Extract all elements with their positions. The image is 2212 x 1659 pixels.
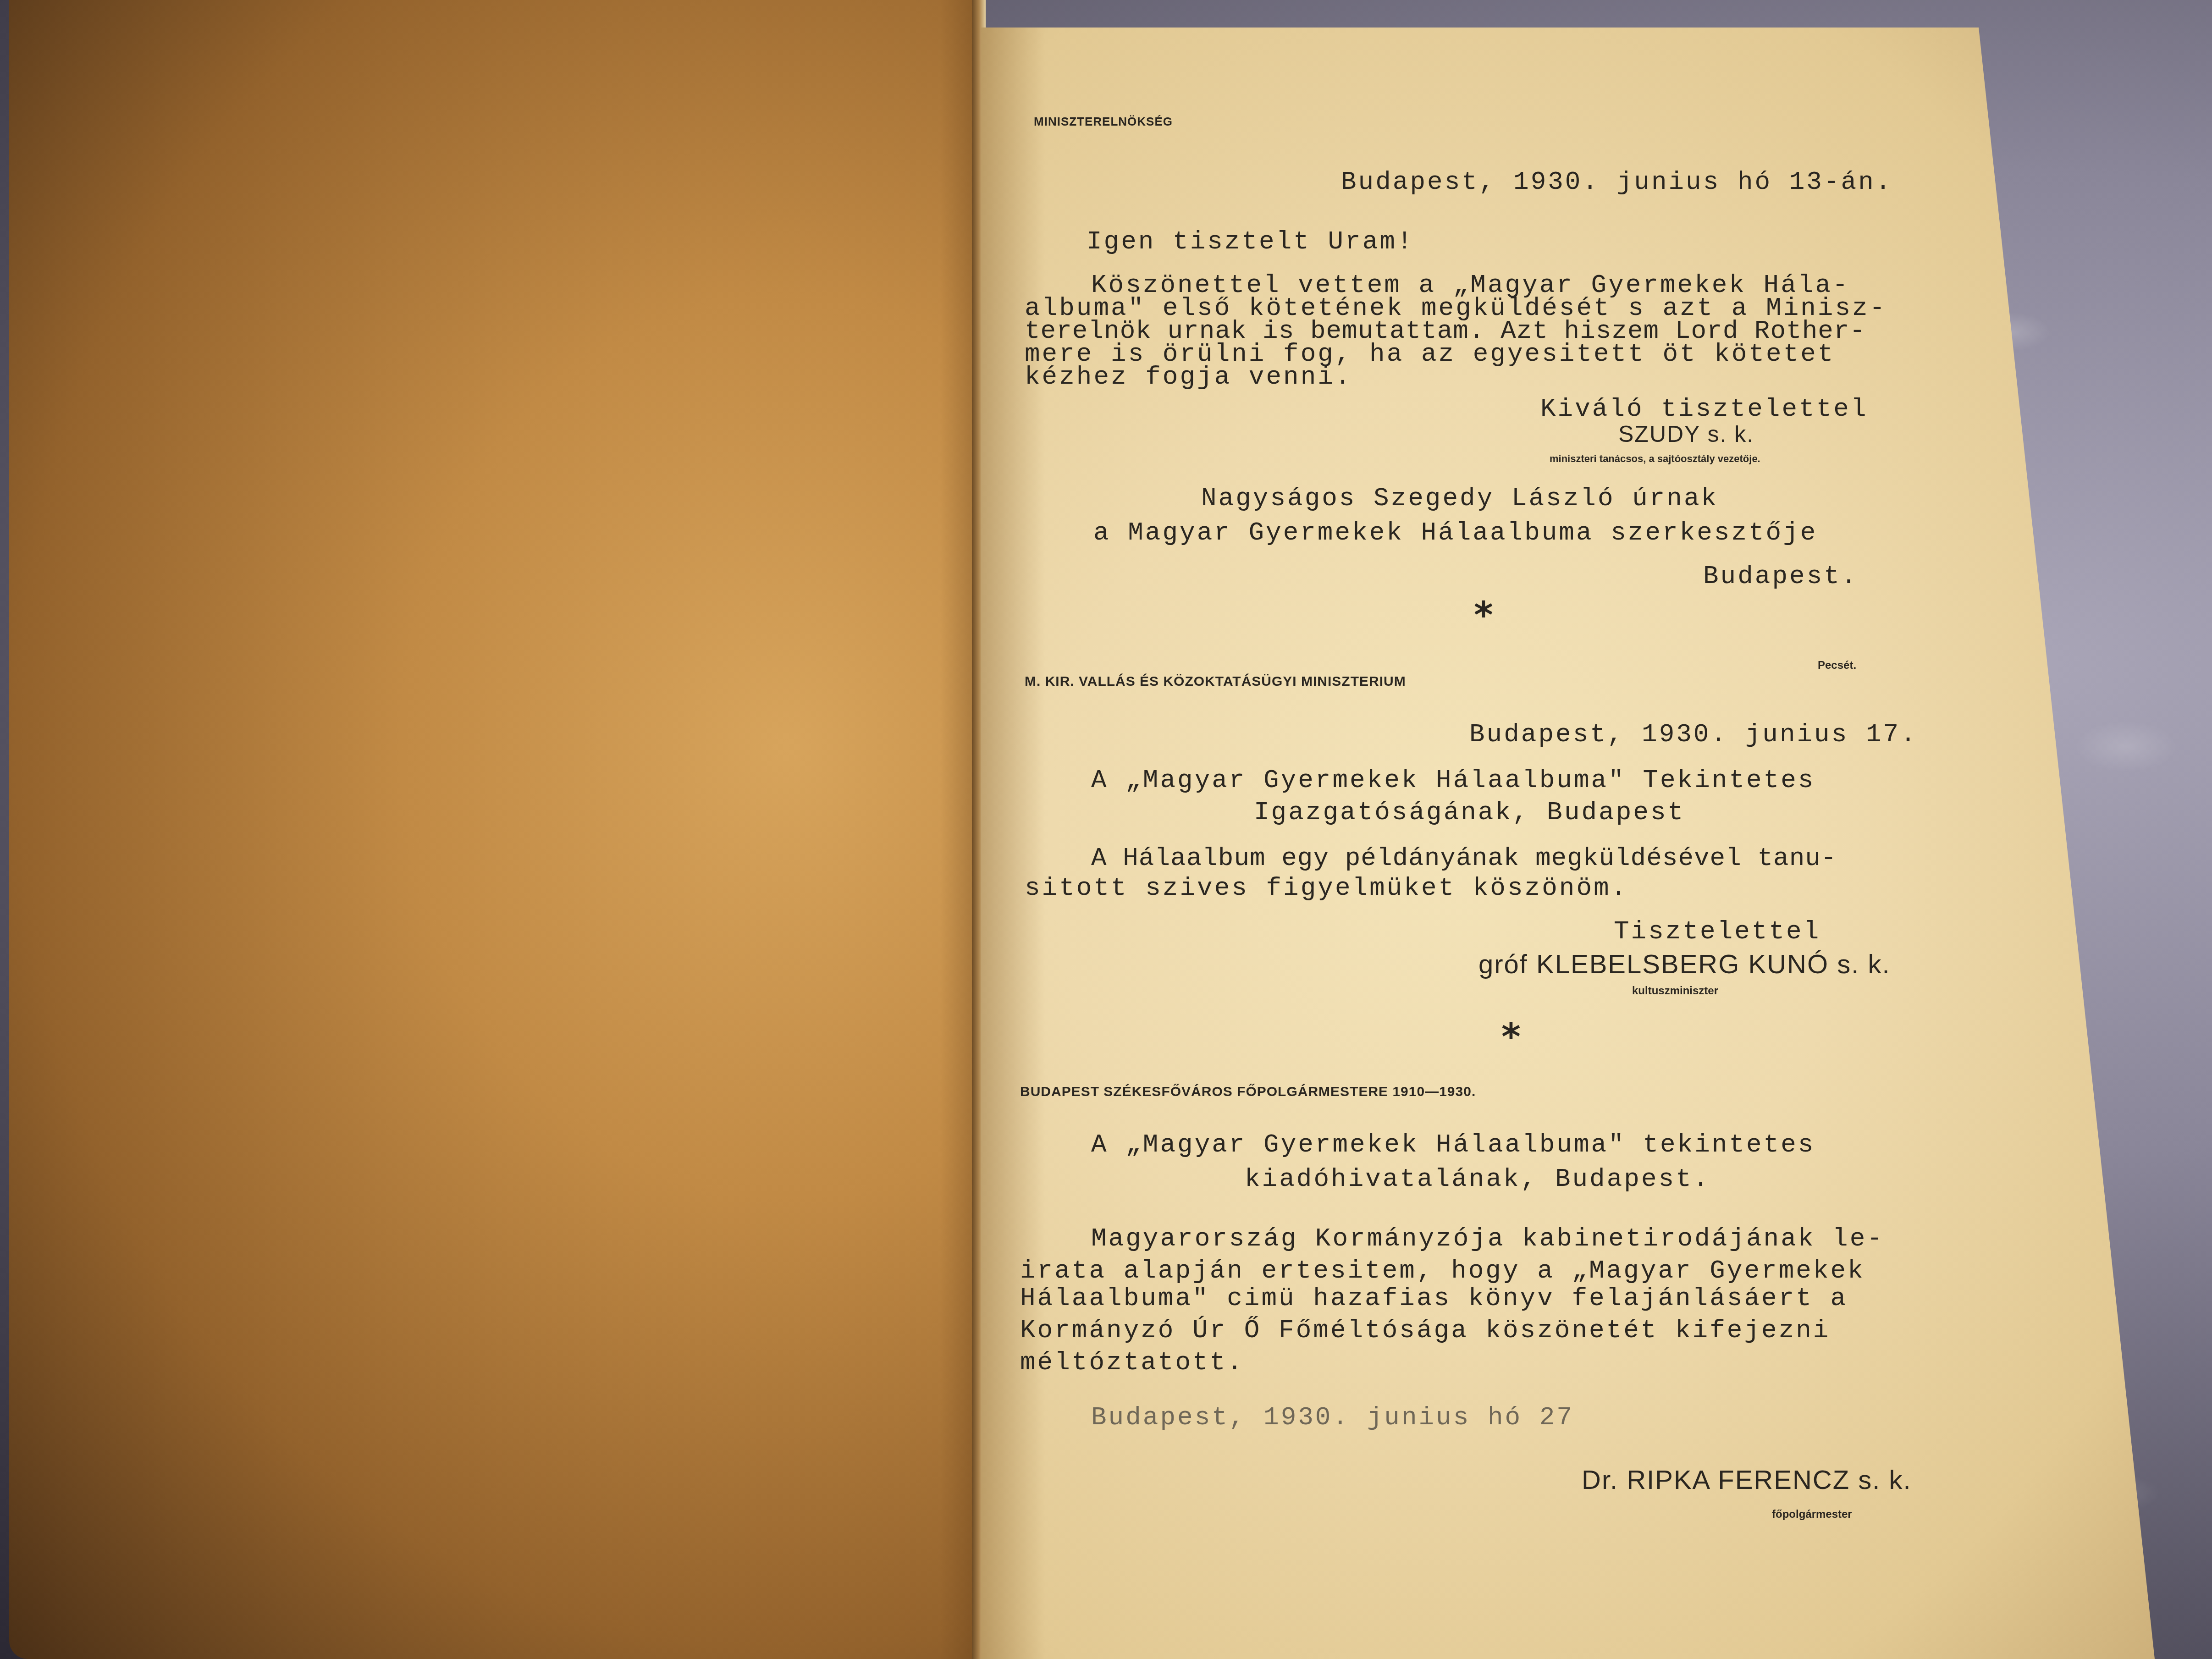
letter-3-body-line: méltóztatott. (1020, 1348, 1244, 1377)
letter-1-closing: Kiváló tisztelettel (1540, 394, 1868, 424)
letter-3-body-line: irata alapján ertesitem, hogy a „Magyar … (1020, 1256, 1865, 1285)
letter-3-signature: Dr. RIPKA FERENCZ s. k. (1582, 1465, 1912, 1495)
letter-3-sender-header: BUDAPEST SZÉKESFŐVÁROS FŐPOLGÁRMESTERE 1… (1020, 1084, 1476, 1100)
letter-2-closing: Tisztelettel (1614, 917, 1820, 946)
letter-2-signer-title: kultuszminiszter (1632, 985, 1718, 998)
letter-3-addressee: A „Magyar Gyermekek Hálaalbuma" tekintet… (1091, 1130, 1815, 1159)
letter-2-body-line: sitott szives figyelmüket köszönöm. (1025, 873, 1628, 903)
letter-1-body-line: kézhez fogja venni. (1025, 362, 1352, 391)
letter-1-date: Budapest, 1930. junius hó 13-án. (1341, 167, 1892, 197)
letter-3-body-line: Magyarország Kormányzója kabinetirodáján… (1091, 1224, 1884, 1253)
letter-1-addressee: a Magyar Gyermekek Hálaalbuma szerkesztő… (1093, 518, 1817, 547)
letter-3-body-line: Hálaalbuma" cimü hazafias könyv felajánl… (1020, 1284, 1848, 1313)
page-text: MINISZTERELNÖKSÉG Budapest, 1930. junius… (0, 0, 2212, 1659)
letter-2-addressee: Igazgatóságának, Budapest (1254, 798, 1685, 827)
letter-2-addressee: A „Magyar Gyermekek Hálaalbuma" Tekintet… (1091, 766, 1815, 795)
separator-asterisk-icon: * (1501, 1015, 1521, 1058)
letter-1-signer-title: miniszteri tanácsos, a sajtóosztály veze… (1550, 453, 1760, 465)
letter-1-signature: SZUDY s. k. (1618, 421, 1754, 447)
letter-2-date: Budapest, 1930. junius 17. (1469, 720, 1918, 749)
letter-2-seal-note: Pecsét. (1818, 659, 1856, 672)
letter-2-signature: gróf KLEBELSBERG KUNÓ s. k. (1478, 949, 1891, 980)
letter-1-sender-header: MINISZTERELNÖKSÉG (1034, 115, 1173, 129)
letter-3-addressee: kiadóhivatalának, Budapest. (1245, 1164, 1710, 1194)
letter-1-addressee: Nagyságos Szegedy László úrnak (1201, 484, 1718, 513)
letter-1-addressee: Budapest. (1703, 562, 1858, 591)
letter-2-body-line: A Hálaalbum egy példányának megküldéséve… (1091, 843, 1837, 873)
letter-3-date: Budapest, 1930. junius hó 27 (1091, 1403, 1574, 1432)
separator-asterisk-icon: * (1474, 594, 1493, 636)
letter-1-salutation: Igen tisztelt Uram! (1087, 227, 1414, 256)
letter-2-sender-header: M. KIR. VALLÁS ÉS KÖZOKTATÁSÜGYI MINISZT… (1025, 674, 1406, 689)
letter-3-body-line: Kormányzó Úr Ő Főméltósága köszönetét ki… (1020, 1316, 1830, 1345)
letter-3-signer-title: főpolgármester (1772, 1508, 1852, 1521)
